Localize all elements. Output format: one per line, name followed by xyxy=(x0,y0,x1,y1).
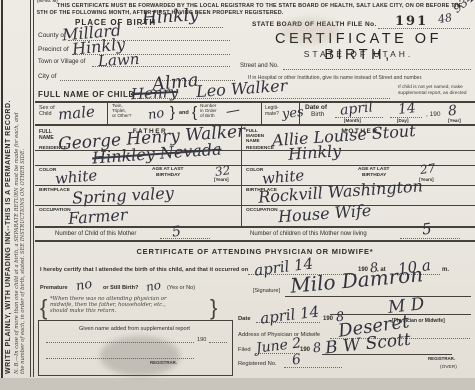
father-name-label-2: NAME xyxy=(39,135,54,141)
dob-label-2: Birth xyxy=(311,111,324,118)
registered-no-label: Registered No. xyxy=(238,361,277,367)
stillbirth-value: no xyxy=(145,278,162,294)
scanned-birth-certificate: WRITE PLAINLY, WITH UNFADING INK--THIS I… xyxy=(0,0,475,390)
father-birthplace-value: Spring valey xyxy=(72,183,175,207)
signature-line xyxy=(285,296,471,297)
child-number-value: 5 xyxy=(171,223,182,240)
physician-date-value: april 14 xyxy=(259,302,320,327)
note-brace-open: { xyxy=(40,295,47,321)
filed-registrar-label: REGISTRAR. xyxy=(428,356,455,361)
twin-value: no xyxy=(147,106,165,123)
mother-name-label-3: NAME xyxy=(246,138,260,143)
supplemental-line-1b xyxy=(209,342,227,343)
unnamed-note-line1: If child is not yet named, make xyxy=(398,85,463,90)
filed-label: Filed xyxy=(238,347,251,353)
physician-date-label: Date xyxy=(238,316,251,322)
father-occupation-value: Farmer xyxy=(67,205,128,228)
dob-year-printed: , 190 xyxy=(426,111,440,118)
child-number-line xyxy=(160,238,210,239)
unnamed-note-line2: supplemental report, as directed xyxy=(398,91,467,96)
left-margin-note: WRITE PLAINLY, WITH UNFADING INK--THIS I… xyxy=(5,4,26,374)
occupation-row-border xyxy=(35,226,475,228)
margin-nb-note-1: N. B.—In case of more than one child at … xyxy=(14,4,20,374)
father-age-label-1: AGE AT LAST xyxy=(152,167,183,172)
filed-year-value: 8 xyxy=(312,341,322,357)
father-birthplace-label: BIRTHPLACE xyxy=(39,188,70,193)
precinct-label: Precinct of xyxy=(38,46,69,53)
yes-or-no-label: (Yes or No) xyxy=(167,285,195,291)
row1-divider-2 xyxy=(261,101,262,125)
father-age-label-2: BIRTHDAY xyxy=(156,173,180,178)
sex-label-2: Child xyxy=(39,111,52,117)
year-bracket: [Year] xyxy=(448,118,461,123)
mother-occupation-label: OCCUPATION xyxy=(246,208,278,213)
row1-brace-open: { xyxy=(192,104,197,121)
file-no-stamp: 191 xyxy=(395,14,428,29)
over-label: (OVER) xyxy=(440,365,457,370)
place-of-birth-value: Hinkly xyxy=(141,5,199,29)
scan-bottom-edge xyxy=(0,377,475,390)
dob-label: Date of xyxy=(305,104,327,111)
order-label-3: of Birth xyxy=(200,113,215,118)
father-occupation-label: OCCUPATION xyxy=(39,208,71,213)
child-number-label: Number of Child of this Mother xyxy=(55,231,136,237)
father-residence-label: RESIDENCE xyxy=(39,146,67,151)
supplemental-box-label: Given name added from supplemental repor… xyxy=(40,326,229,332)
children-living-label: Number of children of this Mother now li… xyxy=(250,231,367,237)
physician-date-year-printed: 190 xyxy=(323,316,333,322)
certificate-paper: WRITE PLAINLY, WITH UNFADING INK--THIS I… xyxy=(0,0,475,378)
father-color-value: white xyxy=(54,166,98,188)
note-brace-close: } xyxy=(210,295,217,321)
mother-age-label-2: BIRTHDAY xyxy=(362,173,386,178)
margin-rule-outer xyxy=(30,0,31,377)
town-value: Lawn xyxy=(98,50,140,70)
legitimate-label-2: mate? xyxy=(265,111,279,117)
filed-year-printed: 190 xyxy=(300,347,310,353)
paper-stain xyxy=(280,18,340,44)
dob-month-value: april xyxy=(339,99,373,118)
thumb-smudge xyxy=(100,336,180,376)
children-living-line xyxy=(400,238,460,239)
dob-day-value: 14 xyxy=(397,100,416,118)
signature-label: [Signature] xyxy=(253,288,280,294)
mother-residence-label: RESIDENCE xyxy=(246,146,274,151)
twin-label-3: or Other? xyxy=(112,113,131,118)
father-years-bracket: [Years] xyxy=(214,177,229,182)
premature-value: no xyxy=(75,277,94,295)
physician-note-3: should make this return. xyxy=(50,308,116,314)
city-label: City of xyxy=(38,73,56,80)
supplemental-year-printed: 190 xyxy=(197,337,206,343)
premature-label: Premature xyxy=(40,285,68,291)
mother-residence-value: Hinkly xyxy=(287,141,341,164)
occurred-m-label: m. xyxy=(442,267,449,273)
certificate-subtitle: STATE OF UTAH. xyxy=(242,49,475,59)
month-bracket: [Month] xyxy=(344,118,361,123)
row1-divider-1 xyxy=(107,101,108,125)
order-value: — xyxy=(225,102,242,120)
legitimate-value: yes xyxy=(281,105,304,122)
mother-age-value: 27 xyxy=(419,161,436,177)
children-living-value: 5 xyxy=(421,219,433,238)
town-label: Town or Village of xyxy=(38,59,85,65)
file-no-suffix: 48 xyxy=(437,11,453,26)
row1-brace-close: } xyxy=(170,104,175,121)
stillbirth-label: or Still Birth? xyxy=(103,285,138,291)
physician-section-title: CERTIFICATE OF ATTENDING PHYSICIAN OR MI… xyxy=(35,247,475,256)
registered-no-value: 6 xyxy=(291,351,302,368)
dob-year-value: 8 xyxy=(447,103,458,120)
margin-rule-inner xyxy=(33,0,34,377)
and-label: and xyxy=(179,110,189,116)
child-name-label: FULL NAME OF CHILD xyxy=(38,90,135,99)
street-label: Street and No. xyxy=(240,63,279,69)
sex-value: male xyxy=(57,102,95,123)
margin-nb-note-2: the number of each, in order of birth, s… xyxy=(20,4,26,374)
margin-warning-text: WRITE PLAINLY, WITH UNFADING INK--THIS I… xyxy=(5,4,12,374)
certify-statement: I hereby certify that I attended the bir… xyxy=(40,267,248,273)
counts-row-border xyxy=(35,240,475,242)
mother-age-label-1: AGE AT LAST xyxy=(358,167,389,172)
street-line xyxy=(283,69,471,70)
scan-left-edge xyxy=(1,0,3,378)
